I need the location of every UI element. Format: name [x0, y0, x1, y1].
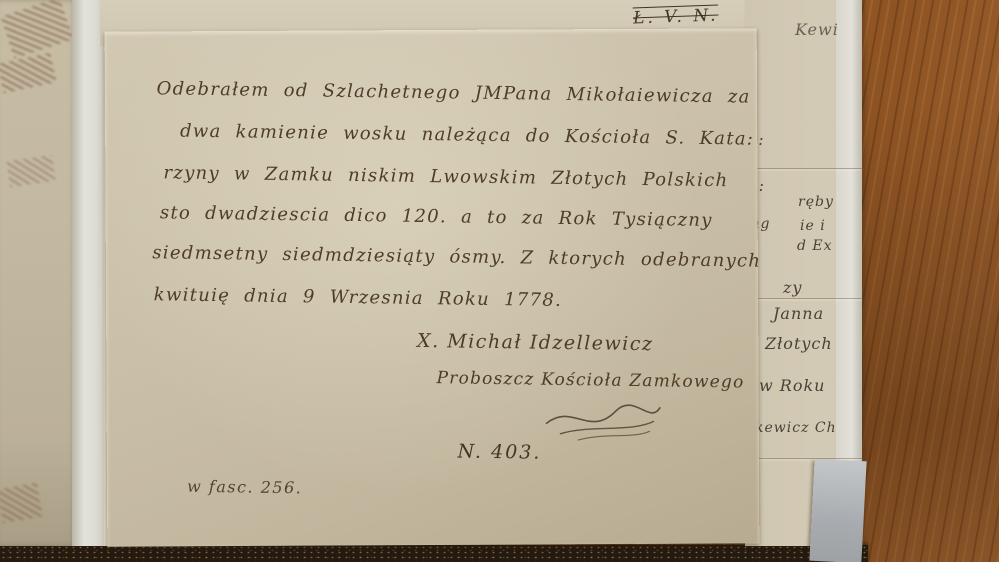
handwriting-fragment: ręby	[798, 194, 834, 210]
gray-paper-tab	[809, 459, 866, 562]
signature-title: Proboszcz Kościoła Zamkowego	[436, 368, 744, 392]
receipt-handwriting: Odebrałem od Szlachetnego JMPana Mikołai…	[98, 32, 757, 556]
paper-edge	[745, 458, 862, 459]
handwriting-fragment: Kewi	[795, 20, 839, 39]
signature-name: X. Michał Idzellewicz	[417, 330, 654, 355]
receipt-line: dwa kamienie wosku należąca do Kościoła …	[180, 121, 754, 150]
receipt-document: Odebrałem od Szlachetnego JMPana Mikołai…	[105, 28, 760, 546]
handwriting-fragment: kewicz Ch	[755, 420, 837, 436]
handwriting-fragment: d Ex	[797, 238, 833, 254]
receipt-line: siedmsetny siedmdziesiąty ósmy. Z ktoryc…	[152, 242, 761, 272]
handwriting-fragment: w Roku	[759, 376, 825, 395]
faded-ink-mark	[0, 53, 57, 94]
handwriting-fragment: Janna	[773, 304, 824, 323]
signature-flourish	[538, 394, 669, 448]
paper-edge	[745, 168, 862, 169]
receipt-line: Odebrałem od Szlachetnego JMPana Mikołai…	[156, 78, 750, 107]
paper-edge	[745, 298, 862, 299]
left-old-page	[0, 0, 78, 546]
receipt-line: rzyny w Zamku niskim Lwowskim Złotych Po…	[163, 162, 728, 191]
faded-ink-mark	[6, 155, 55, 187]
faded-ink-mark	[0, 483, 43, 523]
faded-ink-mark	[1, 0, 74, 59]
receipt-line: sto dwadziescia dico 120. a to za Rok Ty…	[160, 202, 713, 231]
handwriting-fragment: Złotych	[765, 334, 833, 353]
crossed-out-number: Ł. V. N.	[633, 6, 719, 29]
handwriting-fragment: zy	[783, 278, 802, 297]
receipt-line: kwituię dnia 9 Wrzesnia Roku 1778.	[154, 284, 563, 311]
archival-photo: Kewi p: o: ręby ing ie i d Ex zy Janna Z…	[0, 0, 999, 562]
handwriting-fragment: ie i	[800, 218, 826, 234]
fascicle-note: w fasc. 256.	[187, 477, 302, 498]
archive-number: N. 403.	[457, 440, 541, 463]
